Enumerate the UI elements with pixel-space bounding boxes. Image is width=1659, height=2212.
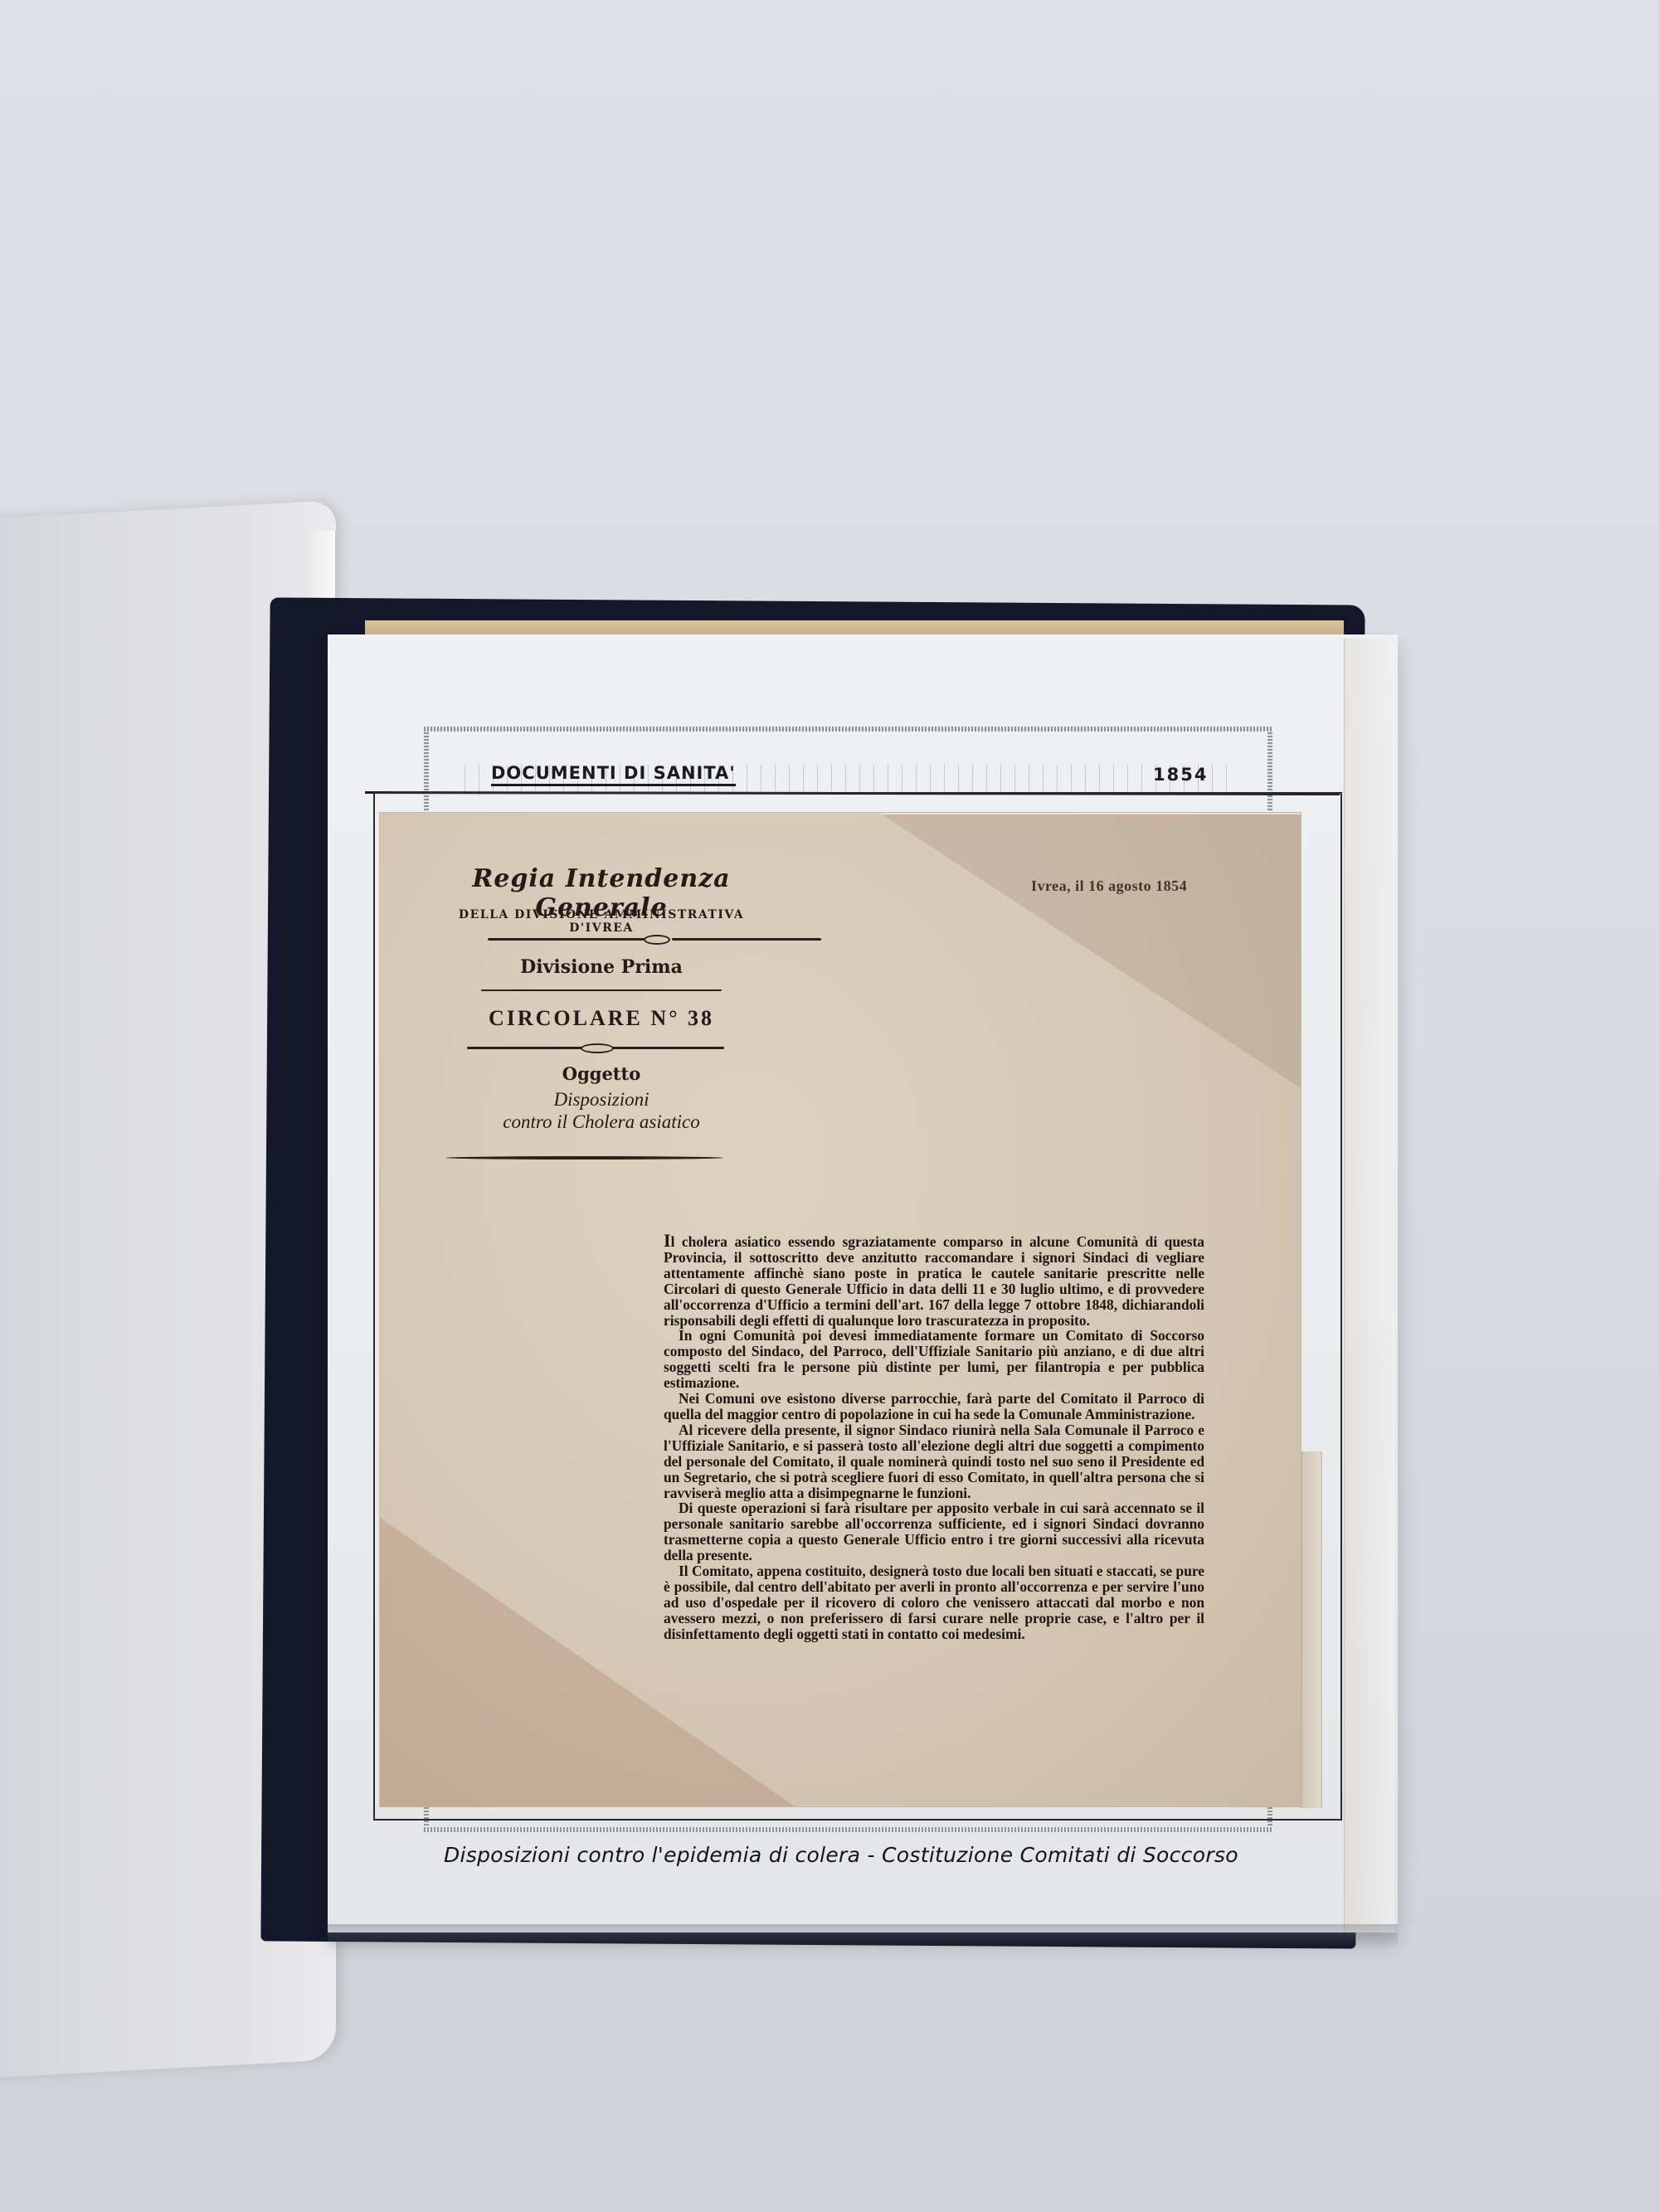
paragraph-1: Il cholera asiatico essendo sgraziatamen… <box>664 1233 1204 1328</box>
letterhead-division: Divisione Prima <box>440 956 763 978</box>
ornament-rule-left <box>488 938 654 941</box>
ornament-flourish <box>644 935 670 945</box>
page-shadow <box>328 1924 1398 1949</box>
stacked-sheet-edges <box>1301 1451 1322 1808</box>
paragraph-2: In ogni Comunità poi devesi immediatamen… <box>664 1328 1204 1391</box>
ornament-rule-right <box>672 938 821 941</box>
paragraph-6: Il Comitato, appena costituito, designer… <box>664 1563 1204 1642</box>
album-header-year: 1854 <box>1153 765 1208 785</box>
subject-flourish <box>445 1156 723 1159</box>
object-label: Oggetto <box>440 1063 763 1084</box>
subject-line-2: contro il Cholera asiatico <box>440 1111 763 1133</box>
subject-line-1: Disposizioni <box>440 1088 763 1111</box>
letterhead-subtitle: DELLA DIVISIONE AMMINISTRATIVA D'IVREA <box>440 908 763 935</box>
circular-number: CIRCOLARE N° 38 <box>440 1006 763 1031</box>
album-header-title: DOCUMENTI DI SANITA' <box>491 763 736 786</box>
division-rule <box>481 989 722 991</box>
plastic-sleeve-edge <box>1344 639 1394 1932</box>
document-body: Il cholera asiatico essendo sgraziatamen… <box>664 1233 1204 1642</box>
paragraph-5: Di queste operazioni si farà risultare p… <box>664 1500 1204 1563</box>
paragraph-3: Nei Comuni ove esistono diverse parrocch… <box>664 1391 1204 1422</box>
paragraph-4: Al ricevere della presente, il signor Si… <box>664 1422 1204 1501</box>
document-subject: Disposizioni contro il Cholera asiatico <box>440 1088 763 1133</box>
circular-flourish <box>581 1043 614 1053</box>
handwritten-caption: Disposizioni contro l'epidemia di colera… <box>444 1843 1282 1867</box>
